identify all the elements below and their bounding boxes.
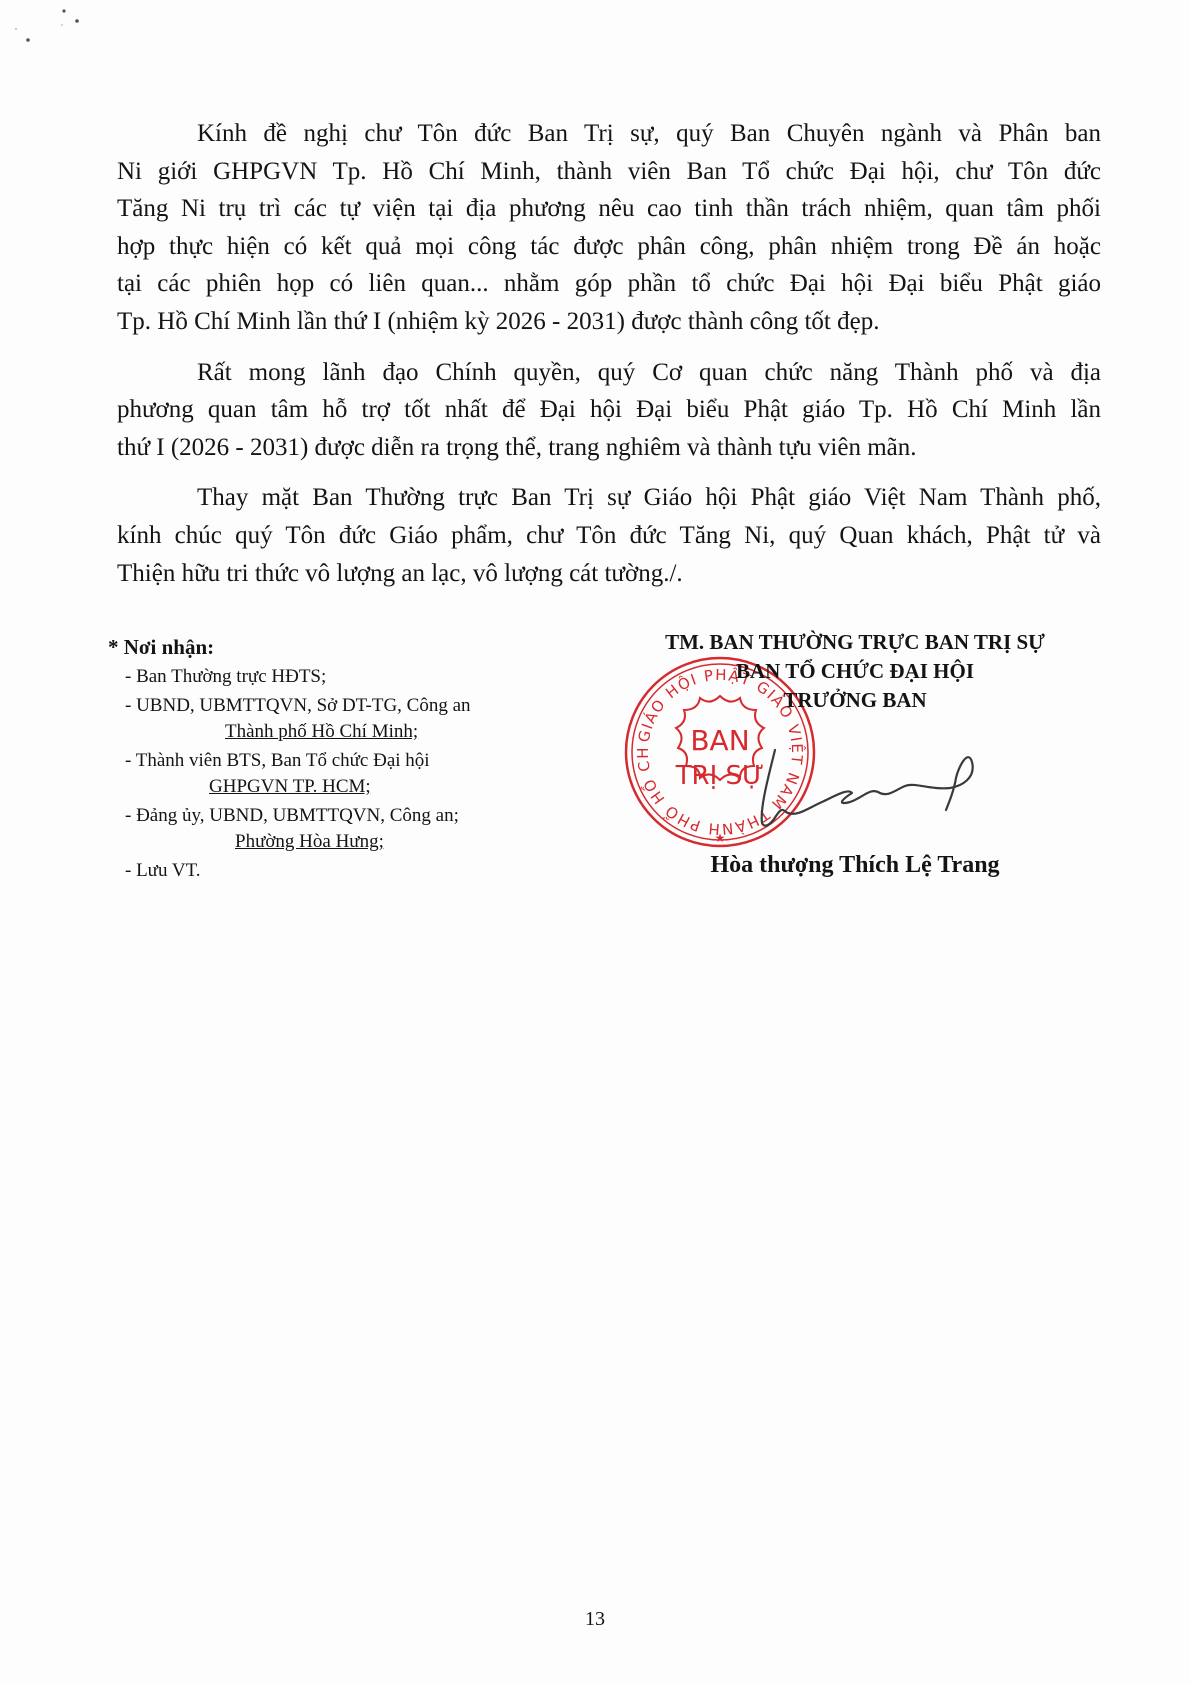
text-line: Thiện hữu tri thức vô lượng an lạc, vô l… [117, 555, 1101, 593]
signature-title-block: TM. BAN THƯỜNG TRỰC BAN TRỊ SỰ BAN TỔ CH… [620, 628, 1090, 715]
letter-body: Kính đề nghị chư Tôn đức Ban Trị sự, quý… [117, 115, 1101, 605]
scan-specks [0, 0, 120, 60]
recipient-text: - Ban Thường trực HĐTS; [125, 666, 326, 687]
text-line: hợp thực hiện có kết quả mọi công tác đư… [117, 228, 1101, 266]
handwritten-signature [740, 738, 990, 853]
page-number: 13 [0, 1608, 1190, 1631]
paragraph-request: Kính đề nghị chư Tôn đức Ban Trị sự, quý… [117, 115, 1101, 341]
text-line: Tp. Hồ Chí Minh lần thứ I (nhiệm kỳ 2026… [117, 303, 1101, 341]
recipient-item: - Đảng ủy, UBND, UBMTTQVN, Công an; Phườ… [108, 803, 588, 855]
signature-title-line1: TM. BAN THƯỜNG TRỰC BAN TRỊ SỰ [620, 628, 1090, 657]
text-line: Rất mong lãnh đạo Chính quyền, quý Cơ qu… [117, 354, 1101, 392]
recipient-continuation: Phường Hòa Hưng; [125, 829, 588, 855]
recipient-text: - Lưu VT. [125, 860, 201, 881]
text-line: Thay mặt Ban Thường trực Ban Trị sự Giáo… [117, 479, 1101, 517]
recipient-item: - Ban Thường trực HĐTS; [108, 664, 588, 690]
recipient-item: - Thành viên BTS, Ban Tổ chức Đại hội GH… [108, 748, 588, 800]
recipients-heading: * Nơi nhận: [108, 634, 588, 660]
document-page: Kính đề nghị chư Tôn đức Ban Trị sự, quý… [0, 0, 1190, 1684]
text-line: Ni giới GHPGVN Tp. Hồ Chí Minh, thành vi… [117, 153, 1101, 191]
text-line: Tăng Ni trụ trì các tự viện tại địa phươ… [117, 190, 1101, 228]
text-line: phương quan tâm hỗ trợ tốt nhất để Đại h… [117, 391, 1101, 429]
paragraph-support: Rất mong lãnh đạo Chính quyền, quý Cơ qu… [117, 354, 1101, 467]
recipient-text: - UBND, UBMTTQVN, Sở DT-TG, Công an [125, 695, 471, 716]
paragraph-wishes: Thay mặt Ban Thường trực Ban Trị sự Giáo… [117, 479, 1101, 592]
recipient-text: - Thành viên BTS, Ban Tổ chức Đại hội [125, 750, 430, 771]
text-line: kính chúc quý Tôn đức Giáo phẩm, chư Tôn… [117, 517, 1101, 555]
text-line: thứ I (2026 - 2031) được diễn ra trọng t… [117, 429, 1101, 467]
recipient-continuation: Thành phố Hồ Chí Minh; [125, 719, 588, 745]
signature-title-line3: TRƯỞNG BAN [620, 686, 1090, 715]
signature-title-line2: BAN TỔ CHỨC ĐẠI HỘI [620, 657, 1090, 686]
text-line: tại các phiên họp có liên quan... nhằm g… [117, 265, 1101, 303]
recipient-item: - Lưu VT. [108, 858, 588, 884]
text-line: Kính đề nghị chư Tôn đức Ban Trị sự, quý… [117, 115, 1101, 153]
stamp-star-icon: ★ [715, 831, 726, 845]
recipient-continuation: GHPGVN TP. HCM; [125, 774, 588, 800]
recipient-text: - Đảng ủy, UBND, UBMTTQVN, Công an; [125, 805, 459, 826]
signer-name: Hòa thượng Thích Lệ Trang [620, 852, 1090, 879]
recipients-list: * Nơi nhận: - Ban Thường trực HĐTS; - UB… [108, 634, 588, 887]
recipient-item: - UBND, UBMTTQVN, Sở DT-TG, Công an Thàn… [108, 693, 588, 745]
